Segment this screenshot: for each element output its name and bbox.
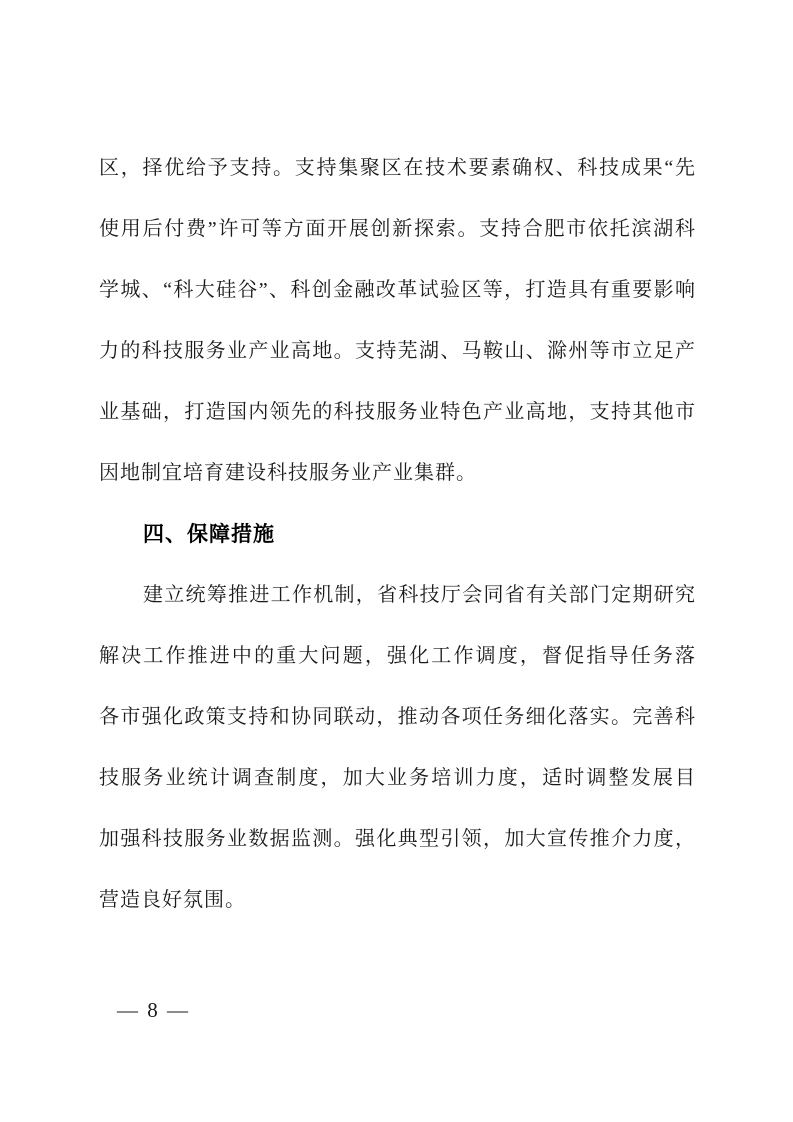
document-page: 区，择优给予支持。支持集聚区在技术要素确权、科技成果“先 使用后付费”许可等方面… xyxy=(0,0,793,1122)
paragraph-line: 力的科技服务业产业高地。支持芜湖、马鞍山、滁州等市立足产 xyxy=(99,331,696,372)
paragraph-line: 营造良好氛围。 xyxy=(99,880,696,921)
document-body: 区，择优给予支持。支持集聚区在技术要素确权、科技成果“先 使用后付费”许可等方面… xyxy=(99,128,696,941)
paragraph-line: 使用后付费”许可等方面开展创新探索。支持合肥市依托滨湖科 xyxy=(99,209,696,250)
paragraph-line: 区，择优给予支持。支持集聚区在技术要素确权、科技成果“先 xyxy=(99,148,696,189)
paragraph-line: 因地制宜培育建设科技服务业产业集群。 xyxy=(99,453,696,494)
paragraph-line: 技服务业统计调查制度，加大业务培训力度，适时调整发展目标， xyxy=(99,758,696,799)
paragraph-line: 业基础，打造国内领先的科技服务业特色产业高地，支持其他市 xyxy=(99,392,696,433)
section-heading: 四、保障措施 xyxy=(99,514,696,555)
paragraph-line: 建立统筹推进工作机制，省科技厅会同省有关部门定期研究 xyxy=(99,575,696,616)
paragraph-line: 学城、“科大硅谷”、科创金融改革试验区等，打造具有重要影响 xyxy=(99,270,696,311)
paragraph-line: 解决工作推进中的重大问题，强化工作调度，督促指导任务落实。 xyxy=(99,636,696,677)
paragraph-line: 各市强化政策支持和协同联动，推动各项任务细化落实。完善科 xyxy=(99,697,696,738)
page-number: — 8 — xyxy=(117,990,190,1031)
paragraph-line: 加强科技服务业数据监测。强化典型引领，加大宣传推介力度， xyxy=(99,819,696,860)
